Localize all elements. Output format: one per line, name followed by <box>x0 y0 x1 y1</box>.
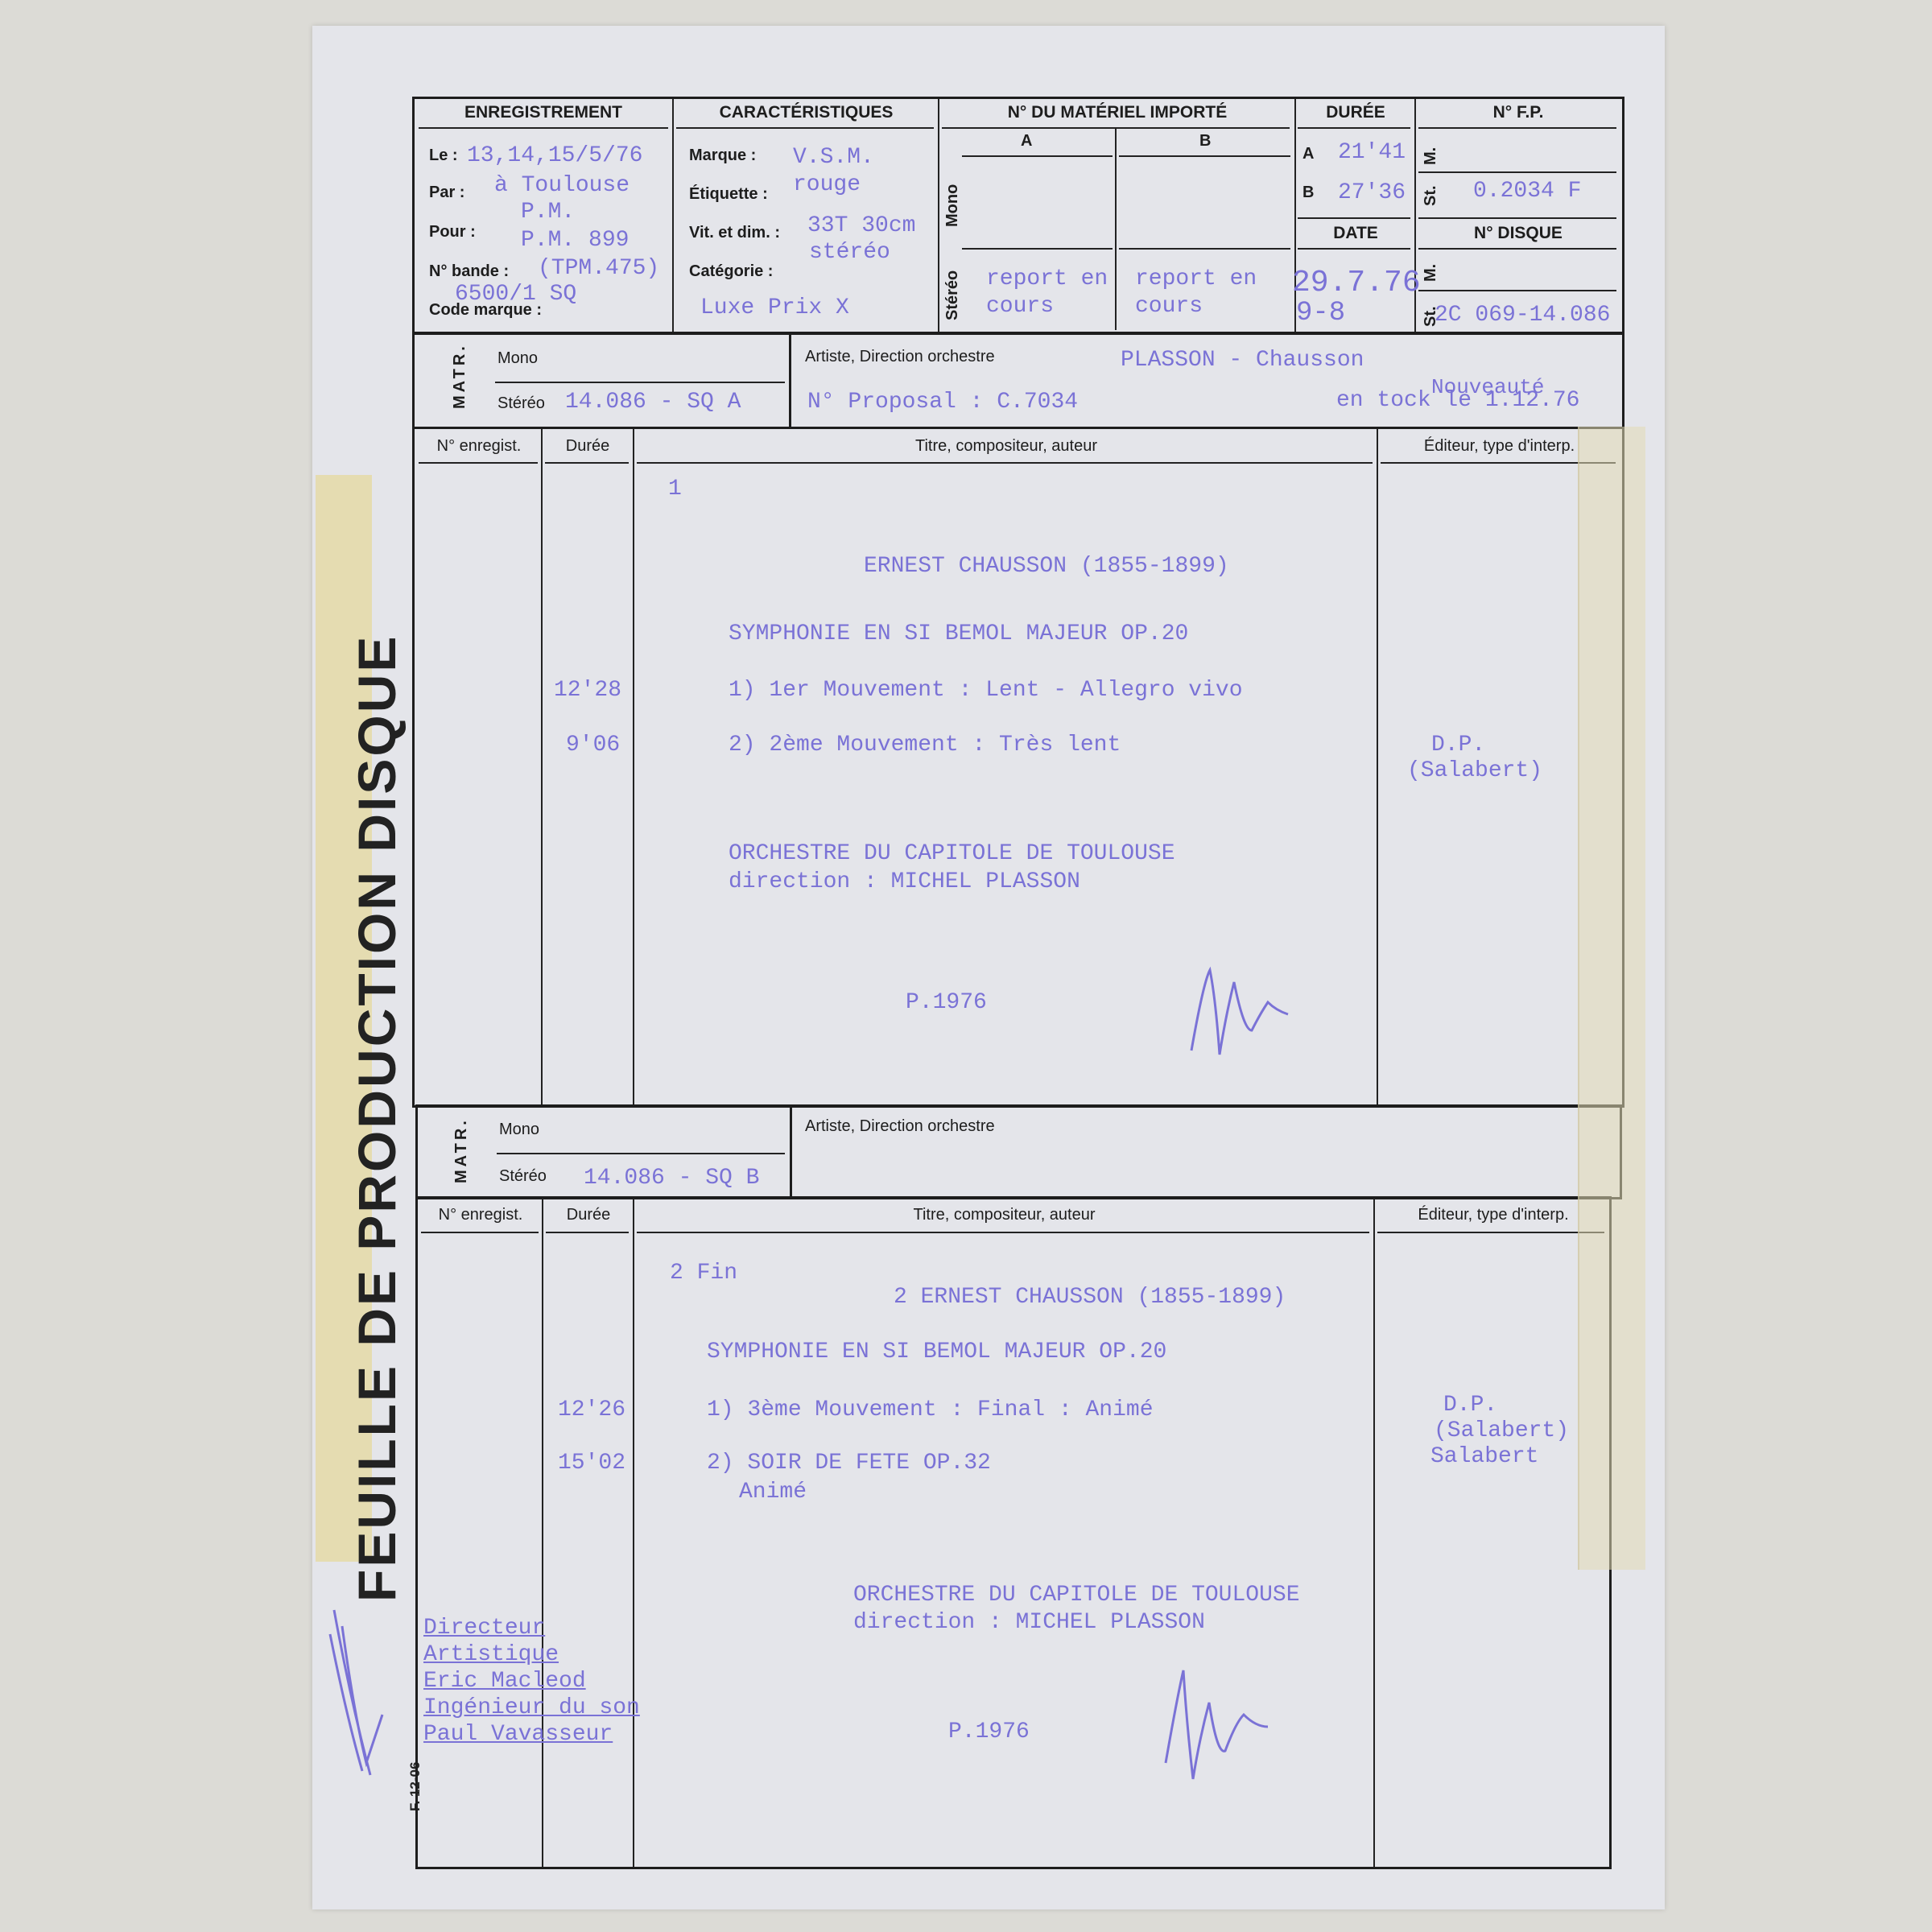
fp-header: N° F.P. <box>1417 103 1620 122</box>
face-b-item-1-title: 1) 3ème Mouvement : Final : Animé <box>707 1397 1154 1422</box>
par-value: à Toulouse <box>494 173 630 198</box>
face-a-proposal: N° Proposal : C.7034 <box>807 390 1078 415</box>
vit-value: 33T 30cm <box>807 213 915 238</box>
disque-st-value: 2C 069-14.086 <box>1435 303 1610 328</box>
face-b-editor-1: D.P. <box>1443 1393 1497 1418</box>
face-a-matr-label: MATR. <box>451 343 469 409</box>
face-a-col-duree: Durée <box>543 437 632 456</box>
face-a-stock: en tock le 1.12.76 <box>1336 388 1579 413</box>
face-a-artiste-value: PLASSON - Chausson <box>1121 348 1364 373</box>
face-a-stereo-label: Stéréo <box>497 394 545 413</box>
face-b-col-duree: Durée <box>544 1206 633 1224</box>
face-a-artiste-label: Artiste, Direction orchestre <box>805 348 995 366</box>
categorie-label: Catégorie : <box>689 262 773 281</box>
face-a-signature <box>1187 966 1348 1063</box>
disque-m-label: M. <box>1422 264 1440 282</box>
face-b-stereo-value: 14.086 - SQ B <box>584 1166 759 1191</box>
bande-value: (TPM.475) <box>538 256 659 281</box>
face-a-item-2-title: 2) 2ème Mouvement : Très lent <box>729 733 1121 758</box>
face-b-mono-label: Mono <box>499 1121 539 1139</box>
par-value-2: P.M. <box>521 200 575 225</box>
le-label: Le : <box>429 147 458 165</box>
face-b-work: SYMPHONIE EN SI BEMOL MAJEUR OP.20 <box>707 1340 1166 1364</box>
face-b-col-titre: Titre, compositeur, auteur <box>636 1206 1373 1224</box>
pour-value: P.M. 899 <box>521 228 629 253</box>
duree-b-value: 27'36 <box>1338 180 1406 205</box>
handwritten-mark <box>326 1602 398 1795</box>
credit-line: Eric Macleod <box>423 1668 665 1695</box>
caracteristiques-header: CARACTÉRISTIQUES <box>675 103 938 122</box>
face-b-editor-3: Salabert <box>1430 1444 1538 1469</box>
face-b-artiste-label: Artiste, Direction orchestre <box>805 1117 995 1136</box>
row-stereo-label: Stéréo <box>943 270 962 320</box>
duree-b-label: B <box>1302 184 1314 202</box>
etiquette-value: rouge <box>793 172 861 197</box>
face-a-track-no: 1 <box>668 477 682 502</box>
face-a-direction: direction : MICHEL PLASSON <box>729 869 1080 894</box>
credits-directeur: Directeur Artistique Eric Macleod Ingéni… <box>423 1615 665 1748</box>
face-b-direction: direction : MICHEL PLASSON <box>853 1610 1205 1635</box>
duree-header: DURÉE <box>1296 103 1415 122</box>
face-b-editor-2: (Salabert) <box>1434 1418 1569 1443</box>
face-a-editor-1: D.P. <box>1431 733 1485 758</box>
materiel-header: N° DU MATÉRIEL IMPORTÉ <box>940 103 1294 122</box>
face-a-work: SYMPHONIE EN SI BEMOL MAJEUR OP.20 <box>729 621 1188 646</box>
enregistrement-header: ENREGISTREMENT <box>415 103 672 122</box>
col-a-label: A <box>1021 132 1032 151</box>
face-a-col-enregist: N° enregist. <box>419 437 539 456</box>
row-mono-label: Mono <box>943 184 962 227</box>
duree-a-label: A <box>1302 145 1314 163</box>
fp-m-label: M. <box>1422 147 1440 165</box>
face-a-composer: ERNEST CHAUSSON (1855-1899) <box>864 554 1229 579</box>
disque-header: N° DISQUE <box>1417 224 1620 243</box>
face-b-matr-label: MATR. <box>452 1117 471 1183</box>
stereo-a-value: report en cours <box>986 266 1111 320</box>
face-b-col-editeur: Éditeur, type d'interp. <box>1377 1206 1610 1224</box>
le-value: 13,14,15/5/76 <box>467 143 642 168</box>
face-b-item-2-duration: 15'02 <box>558 1451 625 1476</box>
col-b-label: B <box>1199 132 1211 151</box>
credit-line: Ingénieur du son <box>423 1695 665 1721</box>
face-a-col-titre: Titre, compositeur, auteur <box>636 437 1377 456</box>
face-b-signature <box>1159 1666 1320 1787</box>
face-a-item-2-duration: 9'06 <box>566 733 620 758</box>
face-a-orchestra: ORCHESTRE DU CAPITOLE DE TOULOUSE <box>729 841 1175 866</box>
duree-a-value: 21'41 <box>1338 140 1406 165</box>
face-a-stereo-value: 14.086 - SQ A <box>565 390 741 415</box>
etiquette-label: Étiquette : <box>689 185 768 204</box>
face-b-orchestra: ORCHESTRE DU CAPITOLE DE TOULOUSE <box>853 1583 1300 1608</box>
vit-label: Vit. et dim. : <box>689 224 780 242</box>
face-a-editor-2: (Salabert) <box>1407 758 1542 783</box>
face-b-stereo-label: Stéréo <box>499 1167 547 1186</box>
credit-line: Artistique <box>423 1641 665 1668</box>
bande-label: N° bande : <box>429 262 509 281</box>
marque-label: Marque : <box>689 147 756 165</box>
date-value: 29.7.76 <box>1292 266 1421 300</box>
code-marque-label: Code marque : <box>429 301 542 320</box>
credit-line: Paul Vavasseur <box>423 1721 665 1748</box>
face-b-item-2-title: 2) SOIR DE FETE OP.32 <box>707 1451 991 1476</box>
face-b-item-1-duration: 12'26 <box>558 1397 625 1422</box>
date-value-2: 9-8 <box>1296 298 1345 328</box>
categorie-value: Luxe Prix X <box>700 295 849 320</box>
credit-line: Directeur <box>423 1615 665 1641</box>
fp-st-value: 0.2034 F <box>1473 179 1581 204</box>
par-label: Par : <box>429 184 464 202</box>
stereo-b-value: report en cours <box>1135 266 1280 320</box>
tape-right <box>1578 427 1645 1570</box>
face-a-item-1-duration: 12'28 <box>554 678 621 703</box>
face-b-item-2-subtitle: Animé <box>739 1480 807 1505</box>
date-header: DATE <box>1296 224 1415 243</box>
vit-value-2: stéréo <box>809 240 890 265</box>
face-a-mono-label: Mono <box>497 349 538 368</box>
face-a-copyright: P.1976 <box>906 990 987 1015</box>
face-b-track-no: 2 Fin <box>670 1261 737 1286</box>
face-a-item-1-title: 1) 1er Mouvement : Lent - Allegro vivo <box>729 678 1243 703</box>
pour-label: Pour : <box>429 223 476 242</box>
fp-st-label: St. <box>1422 185 1440 206</box>
face-b-col-enregist: N° enregist. <box>420 1206 541 1224</box>
face-b-copyright: P.1976 <box>948 1719 1030 1744</box>
marque-value: V.S.M. <box>793 145 874 170</box>
document-title: FEUILLE DE PRODUCTION DISQUE <box>346 634 407 1602</box>
face-b-composer: 2 ERNEST CHAUSSON (1855-1899) <box>894 1285 1286 1310</box>
